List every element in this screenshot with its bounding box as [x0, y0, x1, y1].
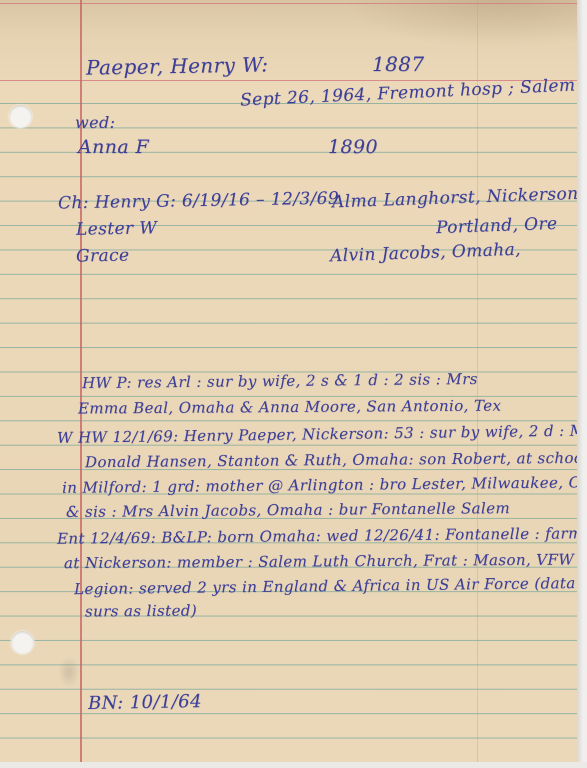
scanner-edge-bottom	[0, 762, 587, 768]
birth-year: 1887	[372, 52, 425, 76]
child-row-2-name: Lester W	[76, 218, 158, 239]
ink-smudge	[55, 652, 83, 692]
pink-rule-top	[0, 3, 577, 4]
record-date-note: BN: 10/1/64	[88, 691, 202, 714]
note-line: surs as listed)	[85, 602, 197, 621]
note-line: & sis : Mrs Alvin Jacobs, Omaha : bur Fo…	[66, 499, 510, 521]
spouse-birth-year: 1890	[328, 136, 378, 158]
child-row-3-name: Grace	[76, 246, 130, 267]
spouse-name: Anna F	[78, 136, 149, 158]
hole-punch-bottom	[11, 631, 34, 654]
child-row-2-place: Portland, Ore	[436, 214, 558, 238]
name-entry: Paeper, Henry W:	[86, 52, 269, 79]
scanner-edge-right	[577, 0, 587, 768]
scanned-notebook-page: Paeper, Henry W: 1887 Sept 26, 1964, Fre…	[0, 0, 577, 762]
hole-punch-top	[9, 105, 32, 128]
wed-label: wed:	[75, 113, 115, 132]
note-line: Emma Beal, Omaha & Anna Moore, San Anton…	[78, 397, 501, 418]
note-line: at Nickerson: member : Salem Luth Church…	[64, 550, 577, 572]
